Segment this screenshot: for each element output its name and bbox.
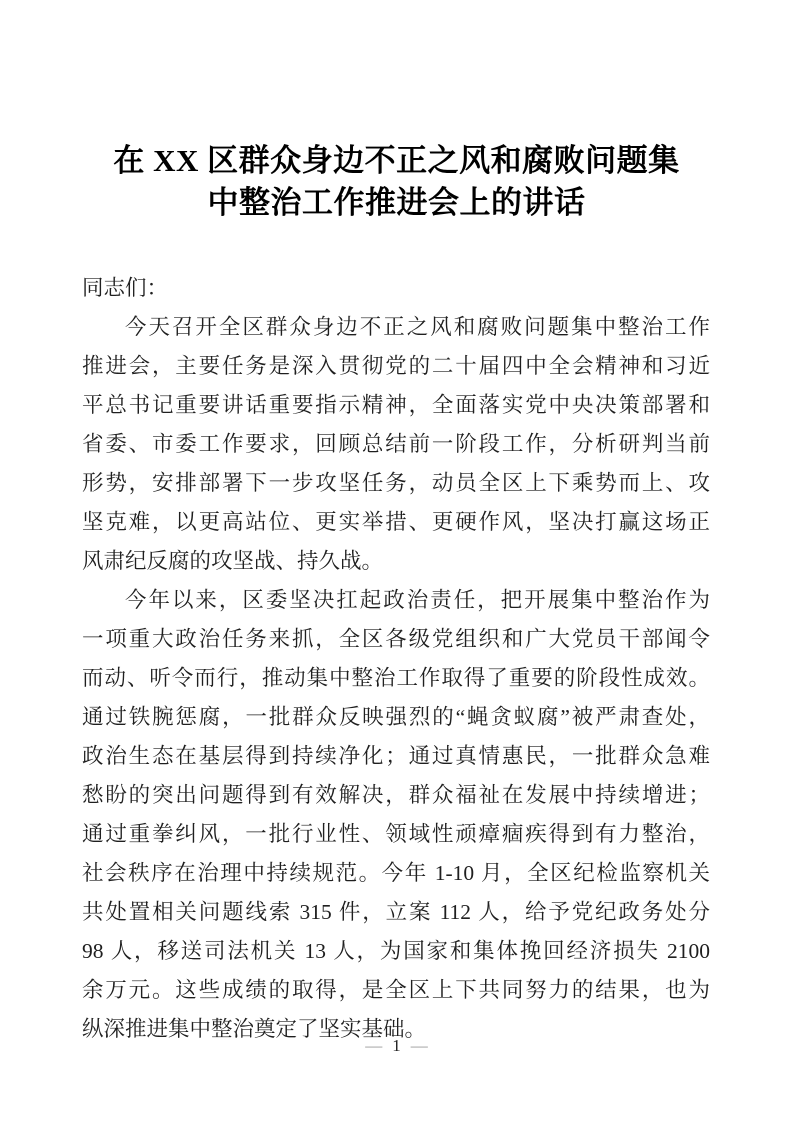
paragraph-1-line: 风肃纪反腐的攻坚战、持久战。: [82, 542, 710, 581]
footer-dash-left: —: [355, 1036, 392, 1055]
paragraph-2-line: 社会秩序在治理中持续规范。今年 1-10 月，全区纪检监察机关: [82, 854, 710, 893]
paragraph-2-line: 今年以来，区委坚决扛起政治责任，把开展集中整治作为: [82, 581, 710, 620]
title-line-1: 在 XX 区群众身边不正之风和腐败问题集: [60, 140, 733, 182]
salutation: 同志们：: [82, 269, 710, 308]
paragraph-2-line: 而动、听令而行，推动集中整治工作取得了重要的阶段性成效。: [82, 659, 710, 698]
paragraph-1-line: 平总书记重要讲话重要指示精神，全面落实党中央决策部署和: [82, 386, 710, 425]
document-page: 在 XX 区群众身边不正之风和腐败问题集 中整治工作推进会上的讲话 同志们： 今…: [0, 0, 793, 1122]
paragraph-1-line: 省委、市委工作要求，回顾总结前一阶段工作，分析研判当前: [82, 425, 710, 464]
title-line-2: 中整治工作推进会上的讲话: [60, 182, 733, 224]
document-body: 同志们： 今天召开全区群众身边不正之风和腐败问题集中整治工作 推进会，主要任务是…: [82, 269, 710, 1049]
paragraph-2-line: 愁盼的突出问题得到有效解决，群众福祉在发展中持续增进；: [82, 776, 710, 815]
page-footer: —1—: [0, 1036, 793, 1056]
footer-dash-right: —: [401, 1036, 438, 1055]
paragraph-2-line: 一项重大政治任务来抓，全区各级党组织和广大党员干部闻令: [82, 620, 710, 659]
paragraph-1-line: 今天召开全区群众身边不正之风和腐败问题集中整治工作: [82, 308, 710, 347]
paragraph-2-line: 98 人，移送司法机关 13 人，为国家和集体挽回经济损失 2100: [82, 932, 710, 971]
paragraph-2-line: 余万元。这些成绩的取得，是全区上下共同努力的结果，也为: [82, 971, 710, 1010]
page-number: 1: [392, 1036, 401, 1055]
paragraph-2-line: 通过铁腕惩腐，一批群众反映强烈的“蝇贪蚁腐”被严肃查处，: [82, 698, 710, 737]
paragraph-1-line: 坚克难，以更高站位、更实举措、更硬作风，坚决打赢这场正: [82, 503, 710, 542]
document-title: 在 XX 区群众身边不正之风和腐败问题集 中整治工作推进会上的讲话: [60, 140, 733, 224]
paragraph-2-line: 共处置相关问题线索 315 件，立案 112 人，给予党纪政务处分: [82, 893, 710, 932]
paragraph-1-line: 形势，安排部署下一步攻坚任务，动员全区上下乘势而上、攻: [82, 464, 710, 503]
paragraph-2-line: 通过重拳纠风，一批行业性、领域性顽瘴痼疾得到有力整治，: [82, 815, 710, 854]
paragraph-2-line: 政治生态在基层得到持续净化；通过真情惠民，一批群众急难: [82, 737, 710, 776]
paragraph-1-line: 推进会，主要任务是深入贯彻党的二十届四中全会精神和习近: [82, 347, 710, 386]
